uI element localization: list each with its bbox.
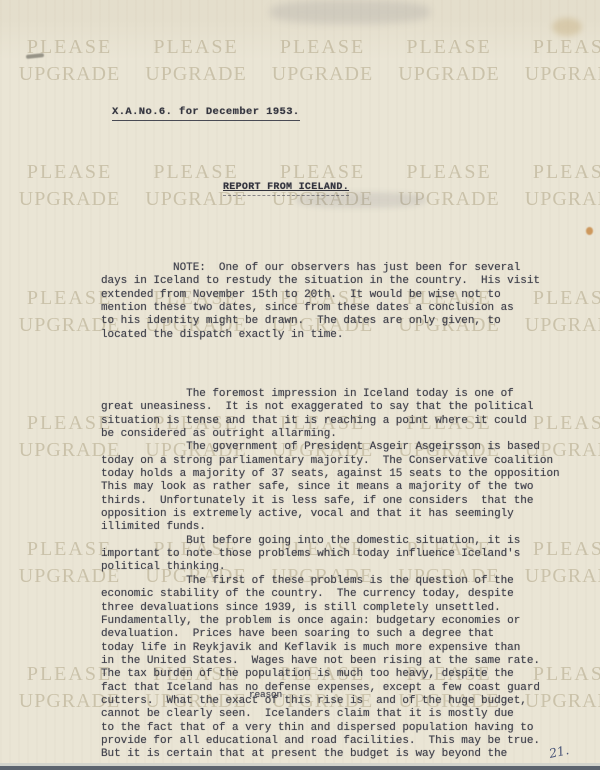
text-line: economic stability of the country. The c… xyxy=(101,588,579,601)
report-body: The foremost impression in Iceland today… xyxy=(101,388,579,762)
text-line: Fundamentally, the problem is once again… xyxy=(101,615,579,628)
text-line: located the dispatch exactly in time. xyxy=(101,329,579,342)
text-line: extended from November 15th to 20th. It … xyxy=(101,289,579,302)
text-line: three devaluations since 1939, is still … xyxy=(101,602,579,615)
scan-edge xyxy=(0,766,600,770)
text-line: cutters. What the exact of this rise is … xyxy=(101,695,579,708)
text-line: to his identity might be drawn. The date… xyxy=(101,315,579,328)
text-line: political thinking. xyxy=(101,561,579,574)
text-line: The government of President Asgeir Asgei… xyxy=(101,441,579,454)
scan-smudge xyxy=(270,0,430,24)
report-heading: REPORT FROM ICELAND. xyxy=(223,182,349,196)
text-line: be considered as outright allarming. xyxy=(101,428,579,441)
note-paragraph: NOTE: One of our observers has just been… xyxy=(101,262,579,342)
text-line: situation is tense and that it is reachi… xyxy=(101,415,579,428)
text-line: thirds. Unfortunately it is less safe, i… xyxy=(101,495,579,508)
watermark-text: PLEASEUPGRADE xyxy=(386,159,513,213)
watermark-text: PLEASEUPGRADE xyxy=(133,34,260,88)
text-line: illimited funds. xyxy=(101,521,579,534)
interlinear-insertion: reason xyxy=(249,689,282,700)
text-line: This may look as rather safe, since it m… xyxy=(101,481,579,494)
text-line: in the United States. Wages have not bee… xyxy=(101,655,579,668)
watermark-text: PLEASEUPGRADE xyxy=(259,34,386,88)
text-line: devaluation. Prices have been soaring to… xyxy=(101,628,579,641)
text-line: fact that Iceland has no defense expense… xyxy=(101,682,579,695)
text-line: mention these two dates, since from thes… xyxy=(101,302,579,315)
watermark-text: PLEASEUPGRADE xyxy=(386,34,513,88)
text-line: today on a strong parliamentary majority… xyxy=(101,455,579,468)
text-line: The foremost impression in Iceland today… xyxy=(101,388,579,401)
watermark-text: PLEASEUPGRADE xyxy=(512,34,600,88)
text-line: cannot be clearly seen. Icelanders claim… xyxy=(101,708,579,721)
paper-stain xyxy=(552,18,582,36)
text-line: The first of these problems is the quest… xyxy=(101,575,579,588)
text-line: great uneasiness. It is not exaggerated … xyxy=(101,401,579,414)
text-line: But before going into the domestic situa… xyxy=(101,535,579,548)
text-line: today life in Reykjavik and Keflavik is … xyxy=(101,642,579,655)
text-line: NOTE: One of our observers has just been… xyxy=(101,262,579,275)
document-title: X.A.No.6. for December 1953. xyxy=(112,106,300,121)
text-line: days in Iceland to restudy the situation… xyxy=(101,275,579,288)
watermark-text: PLEASEUPGRADE xyxy=(6,159,133,213)
paper-stain xyxy=(586,227,593,235)
text-line: opposition is extremely active, vocal an… xyxy=(101,508,579,521)
text-line: The tax burden of the population is much… xyxy=(101,668,579,681)
text-line: to the fact that of a very thin and disp… xyxy=(101,722,579,735)
pencil-mark xyxy=(26,53,44,59)
watermark-text: PLEASEUPGRADE xyxy=(512,159,600,213)
text-line: provide for all educational and road fac… xyxy=(101,735,579,748)
scanned-document-page: PLEASEUPGRADEPLEASEUPGRADEPLEASEUPGRADEP… xyxy=(0,0,600,770)
text-line: today holds a majority of 37 seats, agai… xyxy=(101,468,579,481)
text-line: But it is certain that at present the bu… xyxy=(101,748,579,761)
text-line: important to note those problems which t… xyxy=(101,548,579,561)
watermark-text: PLEASEUPGRADE xyxy=(6,34,133,88)
